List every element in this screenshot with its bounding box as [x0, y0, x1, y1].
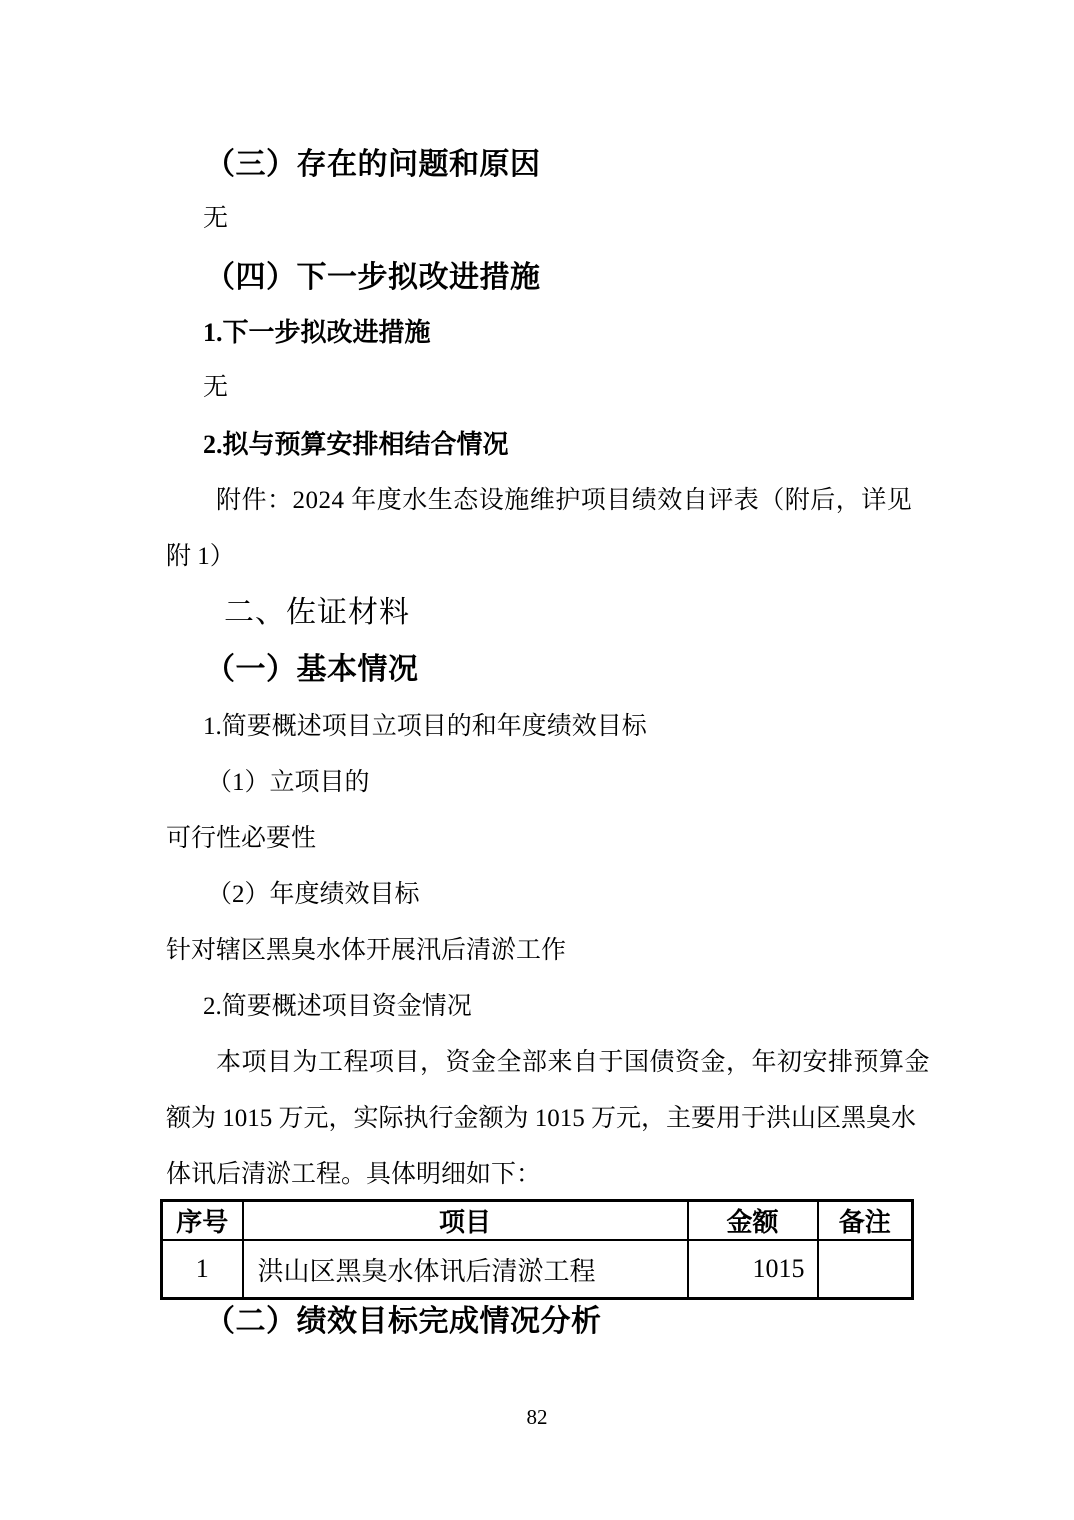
table-cell-project: 洪山区黑臭水体讯后清淤工程 — [243, 1240, 688, 1299]
table-header-serial: 序号 — [162, 1201, 243, 1241]
subheading-next-step-measures: 1.下一步拟改进措施 — [203, 317, 431, 350]
table-row: 1 洪山区黑臭水体讯后清淤工程 1015 — [162, 1240, 913, 1299]
table-header-project: 项目 — [243, 1201, 688, 1241]
table-header-amount: 金额 — [688, 1201, 818, 1241]
paragraph-feasibility-necessity: 可行性必要性 — [166, 823, 316, 854]
document-page: （三）存在的问题和原因 无 （四）下一步拟改进措施 1.下一步拟改进措施 无 2… — [0, 0, 1074, 1520]
paragraph-attachment-line2: 附 1） — [166, 541, 235, 572]
paragraph-attachment-line1: 附件：2024 年度水生态设施维护项目绩效自评表（附后，详见 — [216, 485, 912, 516]
paragraph-funding-line1: 本项目为工程项目，资金全部来自于国债资金，年初安排预算金 — [216, 1047, 930, 1078]
heading-basic-situation: （一）基本情况 — [205, 651, 419, 689]
page-number: 82 — [0, 1405, 1074, 1430]
paragraph-none-1: 无 — [203, 203, 228, 234]
heading-supporting-materials: 二、佐证材料 — [224, 594, 410, 632]
heading-next-step-measures: （四）下一步拟改进措施 — [205, 259, 541, 297]
funding-detail-table: 序号 项目 金额 备注 1 洪山区黑臭水体讯后清淤工程 1015 — [160, 1199, 914, 1300]
paragraph-annual-performance-goal-label: （2）年度绩效目标 — [207, 879, 420, 910]
subheading-project-funding: 2.简要概述项目资金情况 — [203, 991, 472, 1022]
paragraph-annual-performance-goal-text: 针对辖区黑臭水体开展汛后清淤工作 — [166, 935, 566, 966]
table-cell-note — [818, 1240, 913, 1299]
table-header-note: 备注 — [818, 1201, 913, 1241]
paragraph-project-purpose-label: （1）立项目的 — [207, 767, 370, 798]
paragraph-funding-line2: 额为 1015 万元，实际执行金额为 1015 万元，主要用于洪山区黑臭水 — [166, 1103, 916, 1134]
subheading-project-purpose-and-goals: 1.简要概述项目立项目的和年度绩效目标 — [203, 711, 647, 742]
subheading-budget-integration: 2.拟与预算安排相结合情况 — [203, 429, 509, 462]
paragraph-none-2: 无 — [203, 372, 228, 403]
paragraph-funding-line3: 体讯后清淤工程。具体明细如下： — [166, 1159, 541, 1190]
heading-problems-and-causes: （三）存在的问题和原因 — [205, 146, 541, 184]
table-cell-amount: 1015 — [688, 1240, 818, 1299]
table-header-row: 序号 项目 金额 备注 — [162, 1201, 913, 1241]
heading-performance-goal-analysis: （二）绩效目标完成情况分析 — [205, 1303, 602, 1341]
table-cell-serial: 1 — [162, 1240, 243, 1299]
